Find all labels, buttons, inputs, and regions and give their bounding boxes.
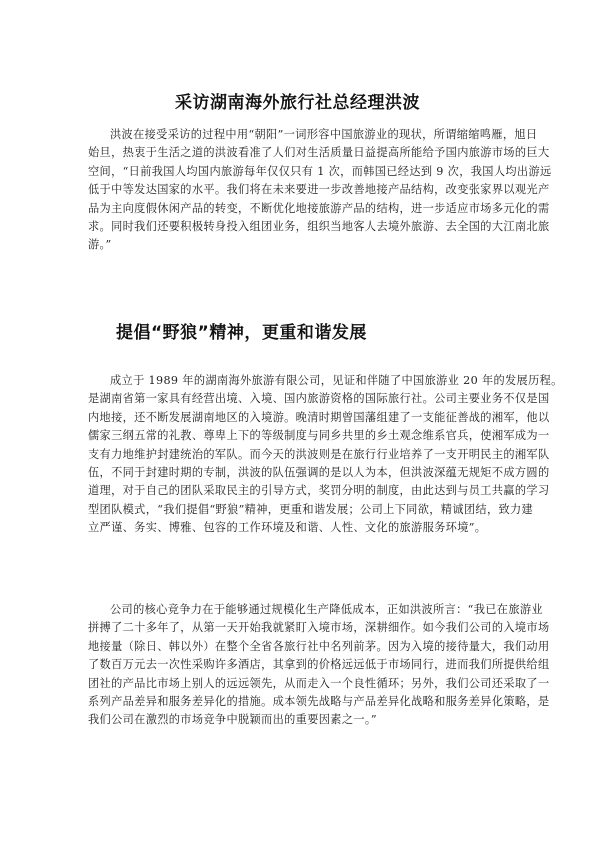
paragraph-line: 空间，“日前我国人均国内旅游每年仅仅只有 1 次，而韩国已经达到 9 次，我国人…: [88, 163, 508, 181]
paragraph-line: 道理，对于自己的团队采取民主的引导方式，奖罚分明的制度，由此达到与员工共赢的学习: [88, 482, 508, 500]
paragraph-line: 游。”: [88, 236, 508, 254]
section-heading: 提倡“野狼”精神，更重和谐发展: [116, 318, 367, 343]
paragraph-line: 立严谨、务实、博雅、包容的工作环境及和谐、人性、文化的旅游服务环境”。: [88, 519, 508, 537]
paragraph-line: 低于中等发达国家的水平。我们将在未来要进一步改善地接产品结构，改变张家界以观光产: [88, 181, 508, 199]
paragraph-line: 伍，不同于封建时期的专制，洪波的队伍强调的是以人为本，但洪波深蕴无规矩不成方圆的: [88, 464, 508, 482]
paragraph-line: 系列产品差异和服务差异化的措施。成本领先战略与产品差异化战略和服务差异化策略，是: [88, 693, 508, 711]
paragraph-line: 公司的核心竞争力在于能够通过规模化生产降低成本，正如洪波所言：“我已在旅游业: [88, 601, 508, 619]
section-paragraph-1: 成立于 1989 年的湖南海外旅游有限公司，见证和伴随了中国旅游业 20 年的发…: [88, 372, 508, 538]
paragraph-line: 我们公司在激烈的市场竞争中脱颖而出的重要因素之一。”: [88, 711, 508, 729]
paragraph-line: 地接量（除日、韩以外）在整个全省各旅行社中名列前茅。因为入境的接待量大，我们动用: [88, 638, 508, 656]
paragraph-line: 求。同时我们还要积极转身投入组团业务，组织当地客人去境外旅游、去全国的大江南北旅: [88, 218, 508, 236]
paragraph-line: 洪波在接受采访的过程中用“朝阳”一词形容中国旅游业的现状，所谓缩缩鸣雁，旭日: [88, 126, 508, 144]
paragraph-line: 儒家三纲五常的礼教、尊卑上下的等级制度与同乡共里的乡土观念维系官兵，使湘军成为一: [88, 427, 508, 445]
paragraph-line: 是湖南省第一家具有经营出境、入境、国内旅游资格的国际旅行社。公司主要业务不仅是国: [88, 390, 508, 408]
paragraph-line: 团社的产品比市场上别人的远远领先，从而走入一个良性循环；另外，我们公司还采取了一: [88, 675, 508, 693]
paragraph-line: 品为主向度假休闲产品的转变，不断优化地接旅游产品的结构，进一步适应市场多元化的需: [88, 200, 508, 218]
paragraph-line: 了数百万元去一次性采购许多酒店，其拿到的价格远远低于市场同行，进而我们所提供给组: [88, 656, 508, 674]
paragraph-line: 内地接，还不断发展湖南地区的入境游。晚清时期曾国藩组建了一支能征善战的湘军，他以: [88, 409, 508, 427]
paragraph-line: 型团队模式，“我们提倡“野狼”精神，更重和谐发展；公司上下同欲，精诚团结，致力建: [88, 501, 508, 519]
paragraph-line: 成立于 1989 年的湖南海外旅游有限公司，见证和伴随了中国旅游业 20 年的发…: [88, 372, 508, 390]
document-page: 采访湖南海外旅行社总经理洪波 洪波在接受采访的过程中用“朝阳”一词形容中国旅游业…: [0, 0, 595, 842]
paragraph-line: 支有力地维护封建统治的军队。而今天的洪波则是在旅行行业培养了一支开明民主的湘军队: [88, 446, 508, 464]
page-title: 采访湖南海外旅行社总经理洪波: [0, 88, 595, 113]
section-paragraph-2: 公司的核心竞争力在于能够通过规模化生产降低成本，正如洪波所言：“我已在旅游业 拼…: [88, 601, 508, 730]
paragraph-line: 拼搏了二十多年了，从第一天开始我就紧盯入境市场，深耕细作。如今我们公司的入境市场: [88, 619, 508, 637]
intro-paragraph: 洪波在接受采访的过程中用“朝阳”一词形容中国旅游业的现状，所谓缩缩鸣雁，旭日 始…: [88, 126, 508, 255]
paragraph-line: 始旦，热衷于生活之道的洪波看准了人们对生活质量日益提高所能给予国内旅游市场的巨大: [88, 144, 508, 162]
